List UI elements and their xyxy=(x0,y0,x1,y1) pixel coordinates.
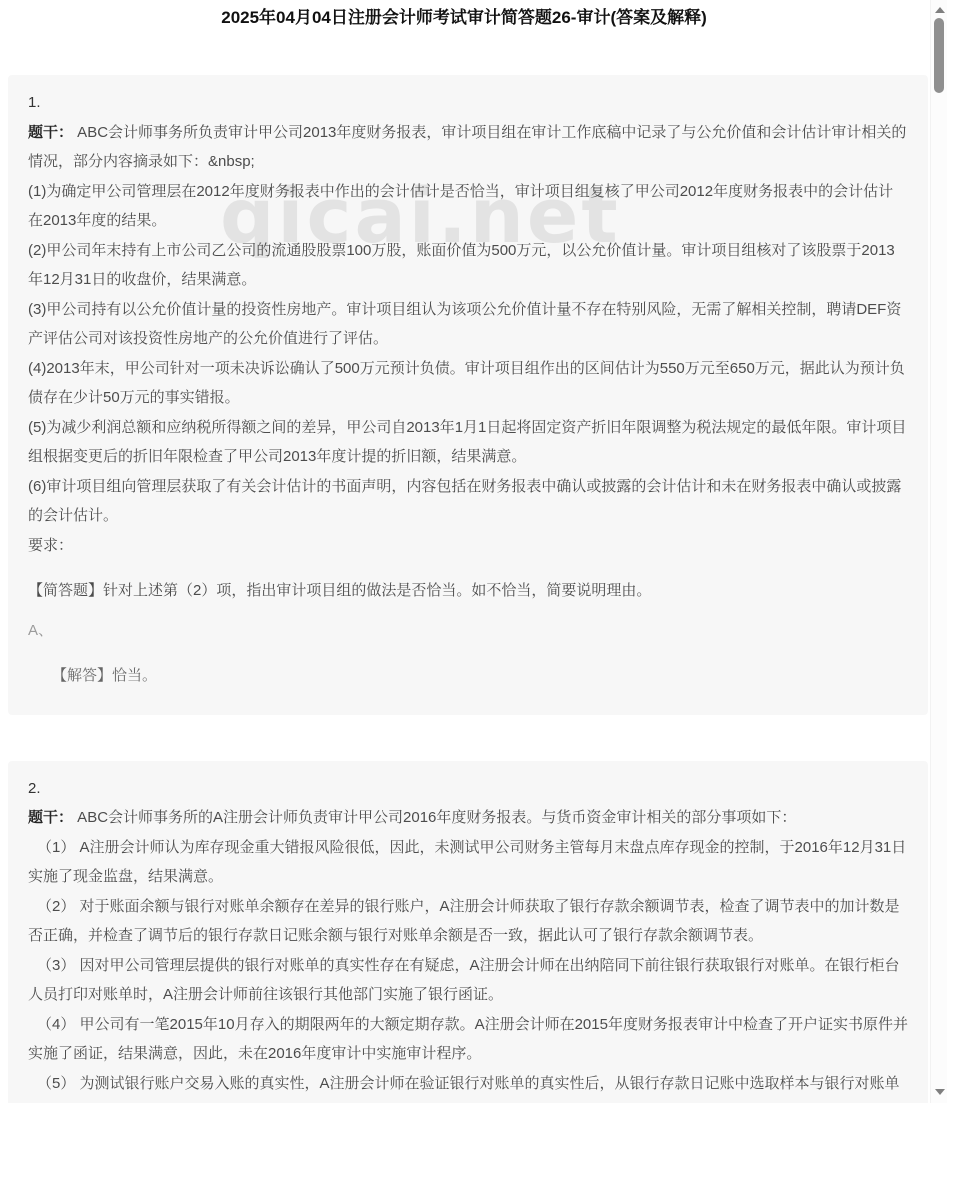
stem-item: (1)为确定甲公司管理层在2012年度财务报表中作出的会计估计是否恰当，审计项目… xyxy=(28,177,908,236)
question-panel-1: qicai.net 1. 题干： ABC会计师事务所负责审计甲公司2013年度财… xyxy=(8,75,928,715)
scrollbar-thumb[interactable] xyxy=(934,18,944,93)
answer-line: 【解答】恰当。 xyxy=(28,661,908,691)
scrollbar-up-icon[interactable] xyxy=(935,7,945,13)
question-number: 1. xyxy=(28,88,908,118)
document-scroll-area: 2025年04月04日注册会计师考试审计简答题26-审计(答案及解释) qica… xyxy=(0,0,960,1103)
stem-paragraph: 题干： ABC会计师事务所负责审计甲公司2013年度财务报表，审计项目组在审计工… xyxy=(28,118,908,177)
stem-item: (4)2013年末，甲公司针对一项未决诉讼确认了500万元预计负债。审计项目组作… xyxy=(28,354,908,413)
question-prompt: 【简答题】针对上述第（2）项，指出审计项目组的做法是否恰当。如不恰当，简要说明理… xyxy=(28,576,908,606)
scrollbar-down-icon[interactable] xyxy=(935,1089,945,1095)
option-a: A、 xyxy=(28,616,908,646)
stem-item: (6)审计项目组向管理层获取了有关会计估计的书面声明，内容包括在财务报表中确认或… xyxy=(28,472,908,531)
stem-item: （2） 对于账面余额与银行对账单余额存在差异的银行账户，A注册会计师获取了银行存… xyxy=(28,892,908,951)
stem-label: 题干： xyxy=(28,124,73,141)
stem-text: ABC会计师事务所的A注册会计师负责审计甲公司2016年度财务报表。与货币资金审… xyxy=(73,809,796,826)
stem-item: （5） 为测试银行账户交易入账的真实性，A注册会计师在验证银行对账单的真实性后，… xyxy=(28,1069,908,1104)
scrollbar[interactable] xyxy=(930,0,947,1103)
question-number: 2. xyxy=(28,774,908,804)
stem-item: (5)为减少利润总额和应纳税所得额之间的差异，甲公司自2013年1月1日起将固定… xyxy=(28,413,908,472)
stem-item: （4） 甲公司有一笔2015年10月存入的期限两年的大额定期存款。A注册会计师在… xyxy=(28,1010,908,1069)
stem-text: ABC会计师事务所负责审计甲公司2013年度财务报表，审计项目组在审计工作底稿中… xyxy=(28,124,906,171)
stem-item: （3） 因对甲公司管理层提供的银行对账单的真实性存在有疑虑，A注册会计师在出纳陪… xyxy=(28,951,908,1010)
requirement-line: 要求： xyxy=(28,531,908,561)
stem-paragraph: 题干： ABC会计师事务所的A注册会计师负责审计甲公司2016年度财务报表。与货… xyxy=(28,803,908,833)
stem-label: 题干： xyxy=(28,809,73,826)
question-panel-2: 2. 题干： ABC会计师事务所的A注册会计师负责审计甲公司2016年度财务报表… xyxy=(8,761,928,1104)
page-title: 2025年04月04日注册会计师考试审计简答题26-审计(答案及解释) xyxy=(8,0,920,29)
stem-item: (3)甲公司持有以公允价值计量的投资性房地产。审计项目组认为该项公允价值计量不存… xyxy=(28,295,908,354)
stem-item: (2)甲公司年末持有上市公司乙公司的流通股股票100万股，账面价值为500万元，… xyxy=(28,236,908,295)
stem-item: （1） A注册会计师认为库存现金重大错报风险很低，因此，未测试甲公司财务主管每月… xyxy=(28,833,908,892)
